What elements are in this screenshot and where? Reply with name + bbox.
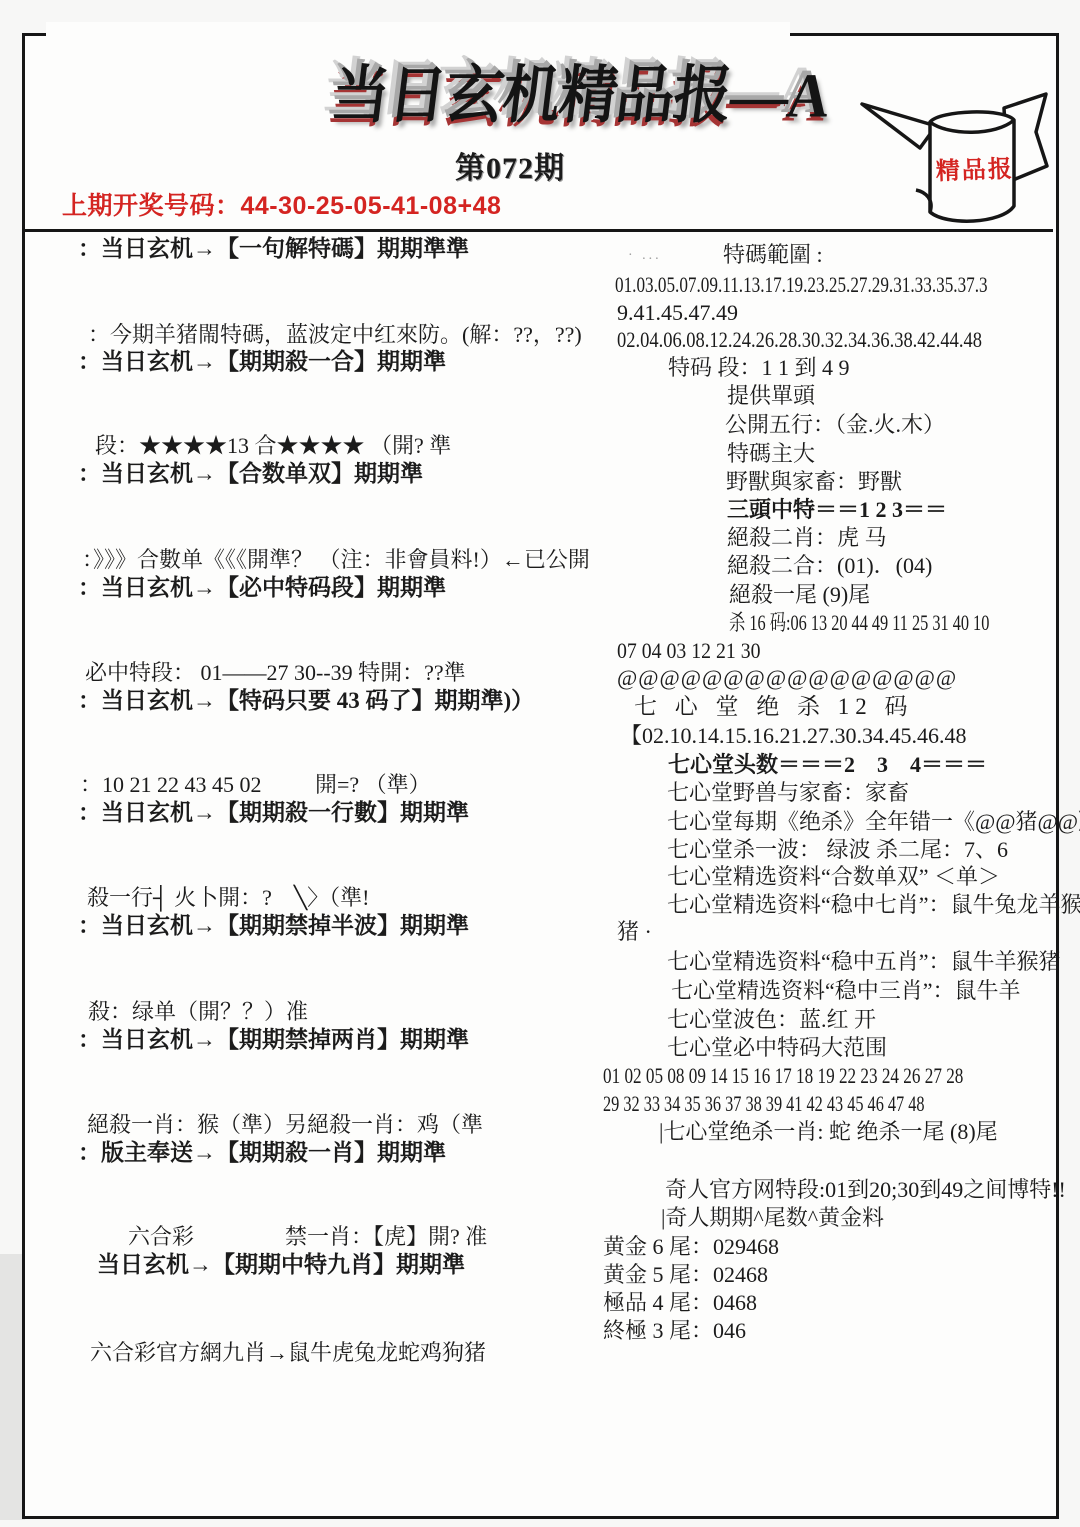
left-line-19: 禁一肖：【虎】開? 准 [285, 1224, 487, 1250]
ribbon-icon: 精品报 [856, 80, 1052, 238]
right-line-17: 【02.10.14.15.16.21.27.30.34.45.46.48 [620, 723, 967, 749]
right-line-16: 七 心 堂 绝 杀 12 码 [634, 694, 914, 720]
right-line-0: 特碼範圍 : [723, 242, 823, 268]
left-line-12: 殺一行┤ 火卜開：? ╲〉（準! [87, 885, 369, 911]
right-line-35: 黄金 5 尾：02468 [603, 1262, 768, 1288]
right-line-5: 提供單頭 [727, 383, 815, 409]
left-line-17: ：版主奉送→【期期殺一肖】期期準 [78, 1140, 446, 1166]
right-line-3: 02.04.06.08.12.24.26.28.30.32.34.36.38.4… [617, 327, 982, 353]
right-line-29: 01 02 05 08 09 14 15 16 17 18 19 22 23 2… [603, 1063, 963, 1089]
right-line-21: 七心堂杀一波： 绿波 杀二尾：7、6 [667, 837, 1008, 863]
right-line-28: 七心堂必中特码大范围 [667, 1035, 887, 1061]
left-line-9: ：10 21 22 43 45 02 [80, 772, 262, 798]
right-line-1: 01.03.05.07.09.11.13.17.19.23.25.27.29.3… [615, 272, 988, 298]
left-line-11: ：当日玄机→【期期殺一行數】期期準 [78, 800, 469, 826]
left-line-5: ：》》》合數单《《《開準？ （注：非會員料!）←已公開 [82, 547, 590, 573]
left-line-6: ：当日玄机→【必中特码段】期期準 [78, 575, 446, 601]
right-line-22: 七心堂精选资料“合数单双” ＜单＞ [667, 864, 1000, 890]
left-line-10: 開=? （準） [315, 772, 431, 798]
left-line-8: ：当日玄机→【特码只要 43 码了】期期準)） [78, 688, 534, 714]
right-line-12: 絕殺一尾 (9)尾 [729, 582, 870, 608]
right-line-34: 黄金 6 尾：029468 [603, 1234, 779, 1260]
right-line-14: 07 04 03 12 21 30 [617, 638, 761, 664]
left-line-3: 段：★★★★13 合★★★★ （開? 準 [95, 433, 451, 459]
right-line-25: 七心堂精选资料“稳中五肖”：鼠牛羊猴猪 [667, 949, 1061, 975]
right-line-4: 特码 段：1 1 到 4 9 [668, 355, 850, 381]
scan-dots: · ... [628, 248, 662, 264]
right-line-7: 特碼主大 [727, 441, 815, 467]
right-line-26: 七心堂精选资料“稳中三肖”：鼠牛羊 [671, 978, 1021, 1004]
right-line-24: 猪 · [617, 919, 652, 945]
right-line-18: 七心堂头数＝＝＝2 3 4＝＝＝ [668, 752, 987, 778]
last-draw-numbers: 上期开奖号码：44-30-25-05-41-08+48 [62, 186, 501, 222]
left-line-16: 絕殺一肖：猴（準）另絕殺一肖：鸡（準 [87, 1112, 483, 1138]
right-line-9: 三頭中特＝＝1 2 3＝＝ [727, 497, 947, 523]
right-line-6: 公開五行：（金.火.木） [725, 412, 945, 438]
scan-border-gap [46, 22, 790, 42]
right-line-27: 七心堂波色：蓝.红 开 [667, 1007, 876, 1033]
right-line-8: 野獸與家畜：野獸 [726, 469, 902, 495]
left-line-13: ：当日玄机→【期期禁掉半波】期期準 [78, 913, 469, 939]
right-line-31: |七心堂绝杀一肖: 蛇 绝杀一尾 (8)尾 [659, 1119, 998, 1145]
right-line-30: 29 32 33 34 35 36 37 38 39 41 42 43 45 4… [603, 1091, 925, 1117]
right-line-13: 杀 16 码:06 13 20 44 49 11 25 31 40 10 [729, 610, 989, 636]
right-line-23: 七心堂精选资料“稳中七肖”：鼠牛兔龙羊猴 [667, 892, 1080, 918]
page-logo: 当日玄机精品报—A [327, 44, 835, 135]
left-line-18: 六合彩 [128, 1224, 194, 1250]
right-line-19: 七心堂野兽与家畜：家畜 [667, 780, 909, 806]
left-line-15: ：当日玄机→【期期禁掉两肖】期期準 [78, 1027, 469, 1053]
right-line-2: 9.41.45.47.49 [617, 300, 738, 326]
issue-number: 第072期 [455, 143, 565, 187]
right-line-37: 終極 3 尾：046 [603, 1318, 746, 1344]
left-line-0: ：当日玄机→【一句解特碼】期期準準 [78, 236, 469, 262]
left-line-1: ：今期羊猪閙特碼，蓝波定中红來防。(解：??，??) [88, 322, 582, 348]
left-line-20: 当日玄机→【期期中特九肖】期期準 [97, 1252, 465, 1278]
left-line-2: ：当日玄机→【期期殺一合】期期準 [78, 349, 446, 375]
right-line-15: @@@@@@@@@@@@@@@@ [617, 665, 957, 691]
ribbon-label: 精品报 [935, 155, 1014, 186]
right-line-33: |奇人期期^尾数^黄金料 [661, 1205, 884, 1231]
left-line-14: 殺：绿单（開？？）准 [88, 999, 308, 1025]
right-line-10: 絕殺二肖：虎 马 [727, 525, 887, 551]
ribbon-left-wing [862, 104, 936, 148]
left-line-4: ：当日玄机→【合数单双】期期準 [78, 461, 423, 487]
right-line-32: 奇人官方网特段:01到20;30到49之间博特!! [665, 1177, 1066, 1203]
right-line-36: 極品 4 尾：0468 [603, 1290, 757, 1316]
left-line-21: 六合彩官方網九肖→鼠牛虎兔龙蛇鸡狗猪 [90, 1340, 486, 1366]
right-line-20: 七心堂每期《绝杀》全年错一《@@猪@@》 [667, 809, 1080, 835]
right-line-11: 絕殺二合：(01)．(04) [727, 553, 932, 579]
left-line-7: 必中特段： 01——27 30--39 特開：??準 [85, 660, 466, 686]
